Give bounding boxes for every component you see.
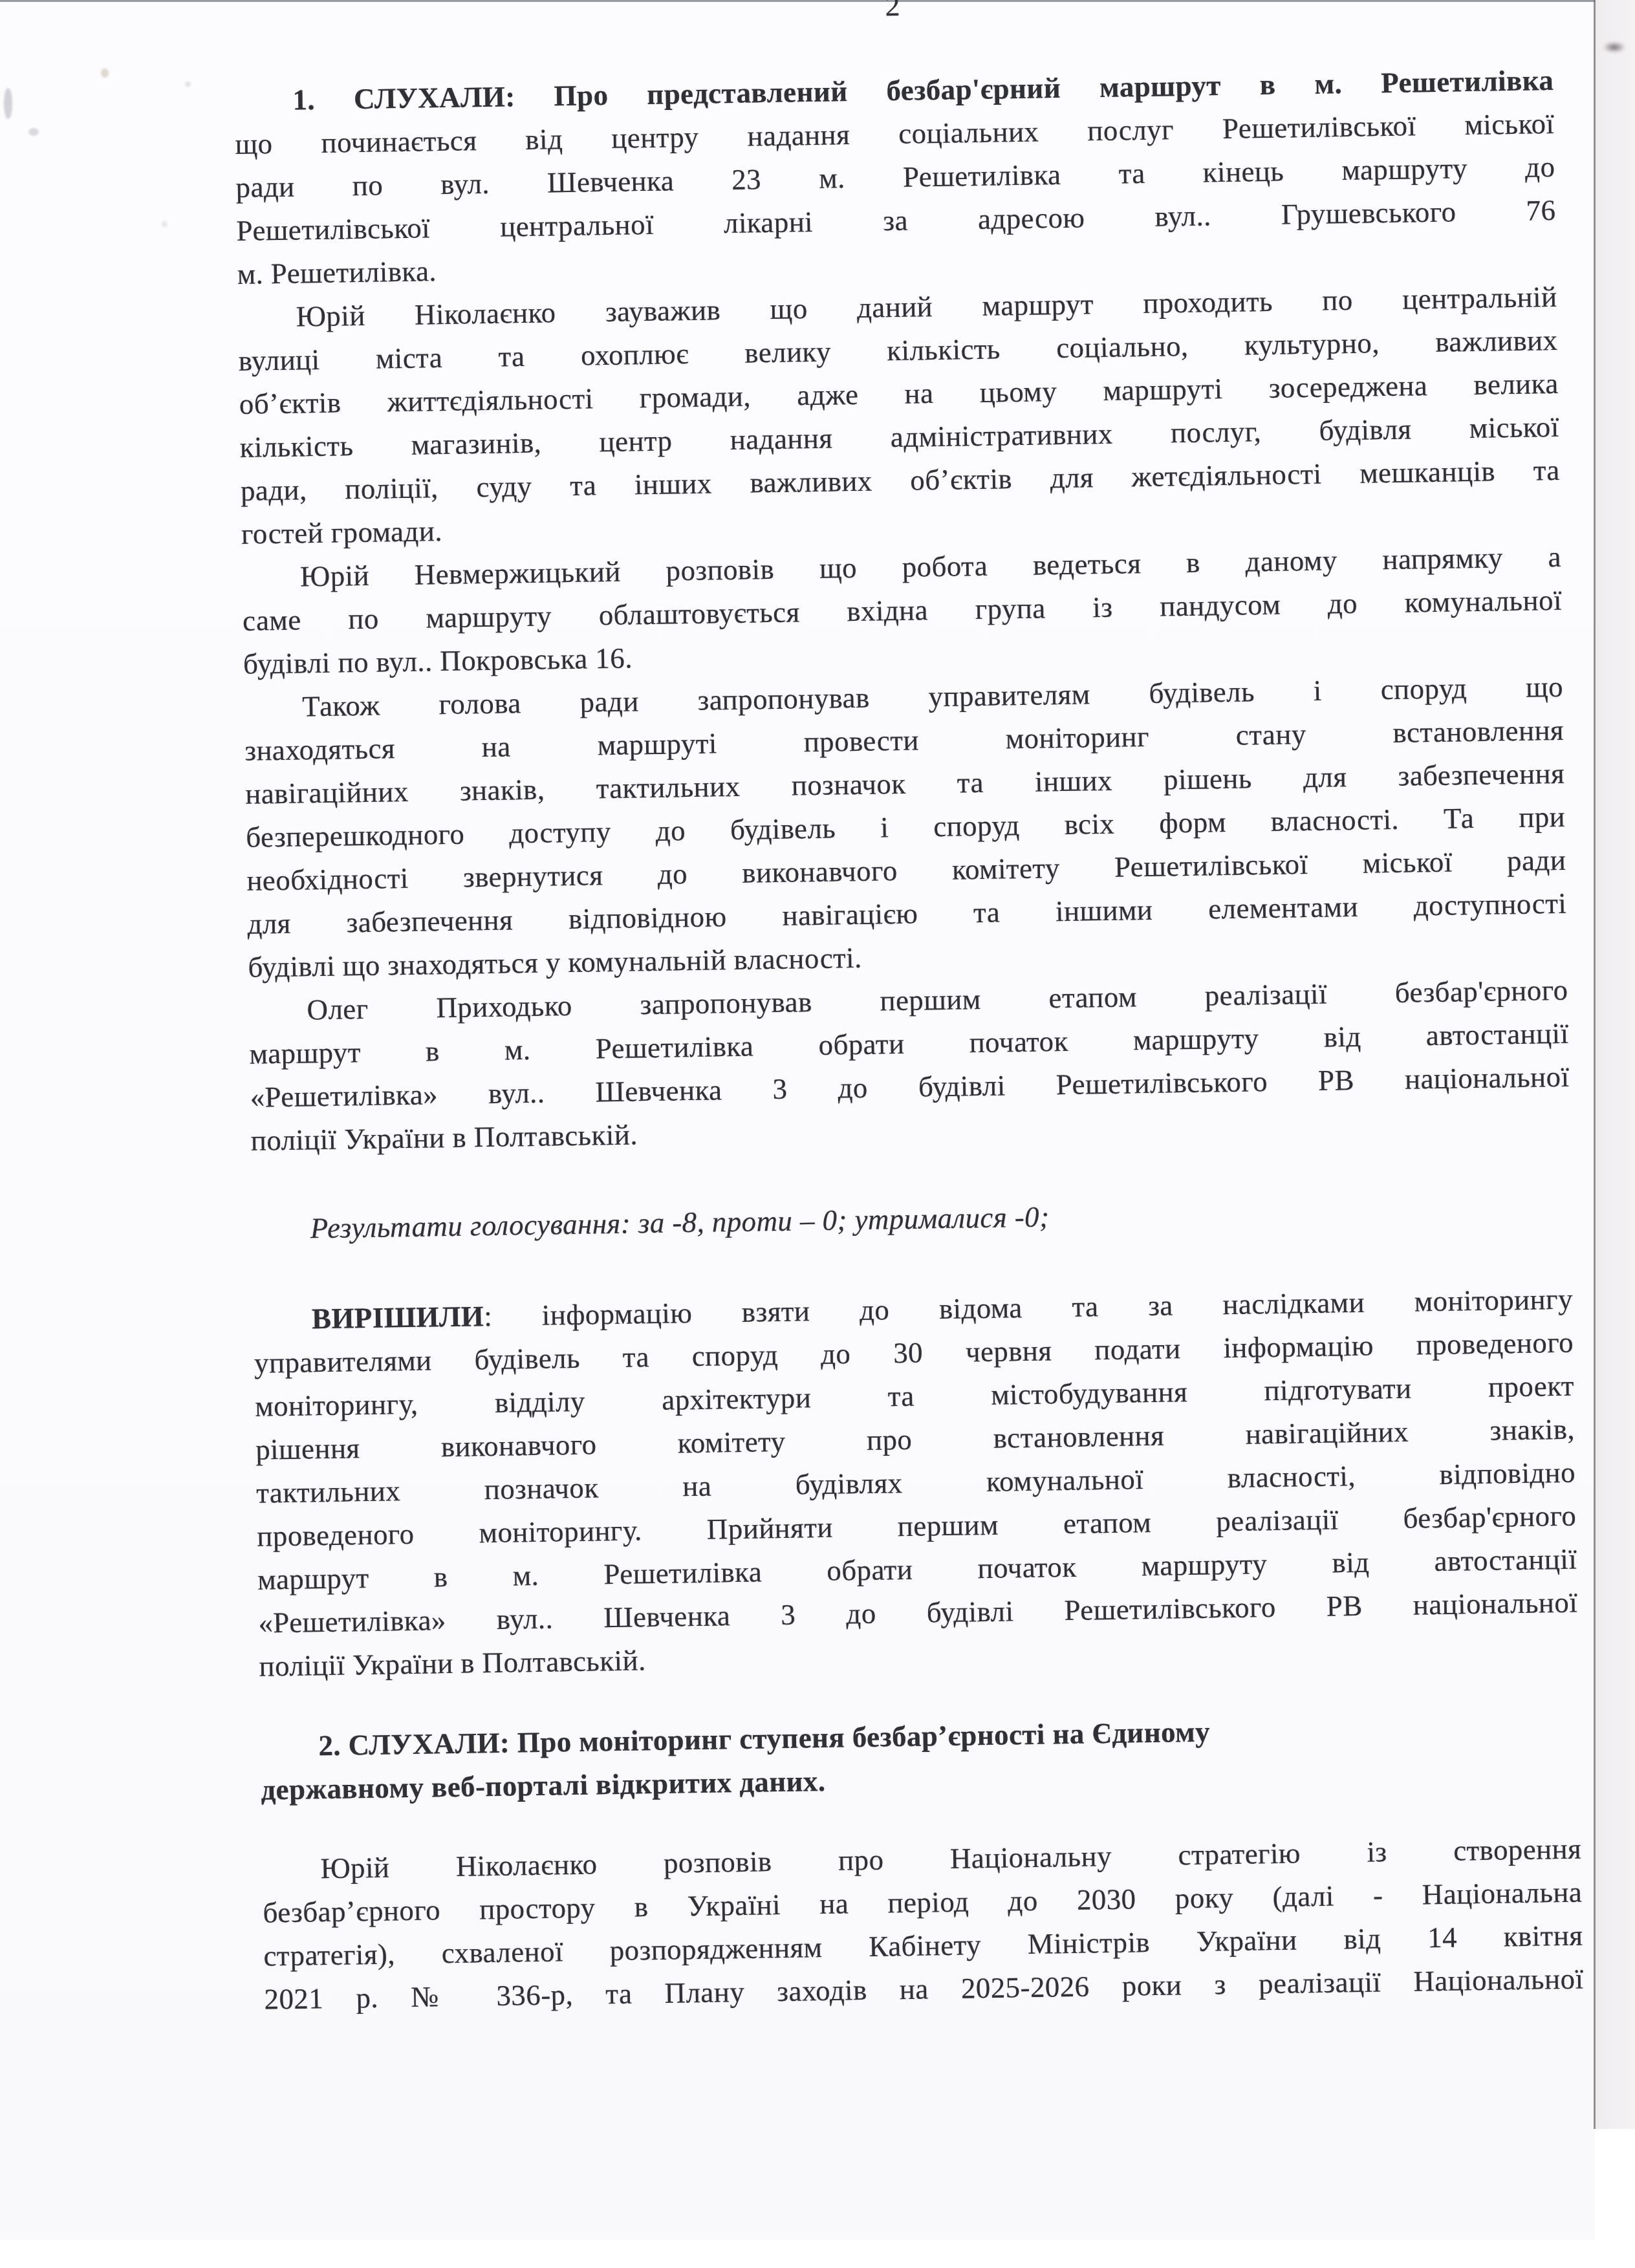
scanner-background — [1596, 0, 1635, 2129]
paragraph: 1. СЛУХАЛИ: Про представлений безбар'єрн… — [234, 59, 1557, 296]
text-run: будівлі що знаходяться у комунальній вла… — [248, 942, 862, 984]
paragraph: Юрій Ніколаєнко зауважив що даний маршру… — [237, 275, 1561, 556]
text-run: поліції України в Полтавській. — [259, 1644, 646, 1682]
text-run: гостей громади. — [241, 515, 443, 550]
paper-speck — [185, 81, 191, 87]
text-run: державному веб-порталі відкритих даних. — [261, 1765, 826, 1806]
text-line: Результати голосування: за -8, проти – 0… — [252, 1187, 1572, 1251]
paragraph: ВИРІШИЛИ: інформацію взяти до відома та … — [254, 1278, 1579, 1689]
scan-smudge — [1603, 41, 1626, 53]
paragraph: Юрій Невмержицький розповів що робота ве… — [242, 535, 1563, 686]
text-run: поліції України в Полтавській. — [250, 1118, 638, 1156]
vote-results-line: Результати голосування: за -8, проти – 0… — [252, 1187, 1572, 1251]
page-number: 2 — [233, 0, 1553, 32]
text-run: будівлі по вул.. Покровська 16. — [243, 642, 633, 680]
bold-text-run: ВИРІШИЛИ — [312, 1300, 484, 1335]
paper-right-edge — [1594, 0, 1596, 2129]
text-run: 2. СЛУХАЛИ: Про моніторинг ступеня безба… — [318, 1716, 1210, 1762]
paper-speck — [101, 69, 109, 78]
paper-speck — [28, 128, 39, 136]
paragraph: Також голова ради запропонував управител… — [244, 665, 1568, 989]
text-column: 2 1. СЛУХАЛИ: Про представлений безбар'є… — [233, 0, 1584, 2022]
paper-edge-mark — [4, 88, 12, 119]
paragraph: Юрій Ніколаєнко розповів про Національну… — [262, 1828, 1584, 2022]
paragraph: Олег Приходько запропонував першим етапо… — [248, 969, 1570, 1163]
paper-speck — [162, 221, 168, 227]
document-body: 1. СЛУХАЛИ: Про представлений безбар'єрн… — [234, 59, 1584, 2022]
text-run: Результати голосування: за -8, проти – 0… — [310, 1200, 1049, 1244]
text-run: м. Решетилівка. — [237, 255, 437, 290]
agenda-item-heading: 2. СЛУХАЛИ: Про моніторинг ступеня безба… — [260, 1705, 1581, 1812]
